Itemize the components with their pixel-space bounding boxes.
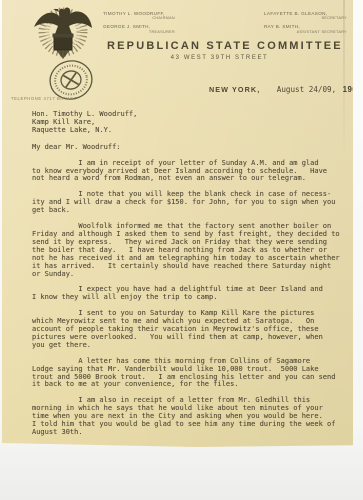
paragraph: I expect you have had a delightful time …: [32, 286, 348, 302]
officer-role: ASSISTANT SECRETARY: [264, 30, 347, 35]
officer-secretary: LAFAYETTE B. GLEASON, SECRETARY: [264, 11, 347, 21]
printed-year: 1909: [343, 85, 362, 94]
dateline: NEW YORK, August 24/09, 1909: [2, 79, 347, 97]
typed-date: August 24/09,: [277, 85, 336, 94]
officer-assistant-secretary: RAY B. SMITH, ASSISTANT SECRETARY: [264, 24, 347, 34]
city-label: NEW YORK,: [209, 85, 260, 94]
salutation: My dear Mr. Woodruff:: [32, 144, 348, 152]
street-address: 43 WEST 39TH STREET: [107, 55, 332, 61]
officers-left: TIMOTHY L. WOODRUFF, CHAIRMAN GEORGE J. …: [103, 11, 175, 38]
officer-role: SECRETARY: [264, 16, 347, 21]
organization-name: REPUBLICAN STATE COMMITTEE: [107, 40, 332, 52]
letter-paper: TELEPHONE 4717 BRYANT TIMOTHY L. WOODRUF…: [2, 0, 353, 447]
officer-role: CHAIRMAN: [103, 16, 175, 21]
paragraph: I note that you will keep the blank chec…: [32, 191, 348, 215]
letter-body: Hon. Timothy L. Woodruff, Kamp Kill Kare…: [32, 111, 348, 437]
paragraph: Woolfolk informed me that the factory se…: [32, 223, 348, 278]
officer-role: TREASURER: [103, 30, 175, 35]
paragraph: I am also in receipt of a letter from Mr…: [32, 397, 348, 437]
paragraph: I sent to you on Saturday to Kamp Kill K…: [32, 310, 348, 350]
paragraph: A letter has come this morning from Coll…: [32, 358, 348, 390]
officer-chairman: TIMOTHY L. WOODRUFF, CHAIRMAN: [103, 11, 175, 21]
scanned-letter-page: { "letterhead": { "officers_left": [ {"n…: [0, 0, 363, 500]
recipient-line: Raquette Lake, N.Y.: [32, 127, 348, 135]
paper-crease: [343, 0, 345, 160]
officer-treasurer: GEORGE J. SMITH, TREASURER: [103, 24, 175, 34]
officers-right: LAFAYETTE B. GLEASON, SECRETARY RAY B. S…: [264, 11, 347, 38]
paragraph: I am in receipt of your letter of Sunday…: [32, 160, 348, 184]
